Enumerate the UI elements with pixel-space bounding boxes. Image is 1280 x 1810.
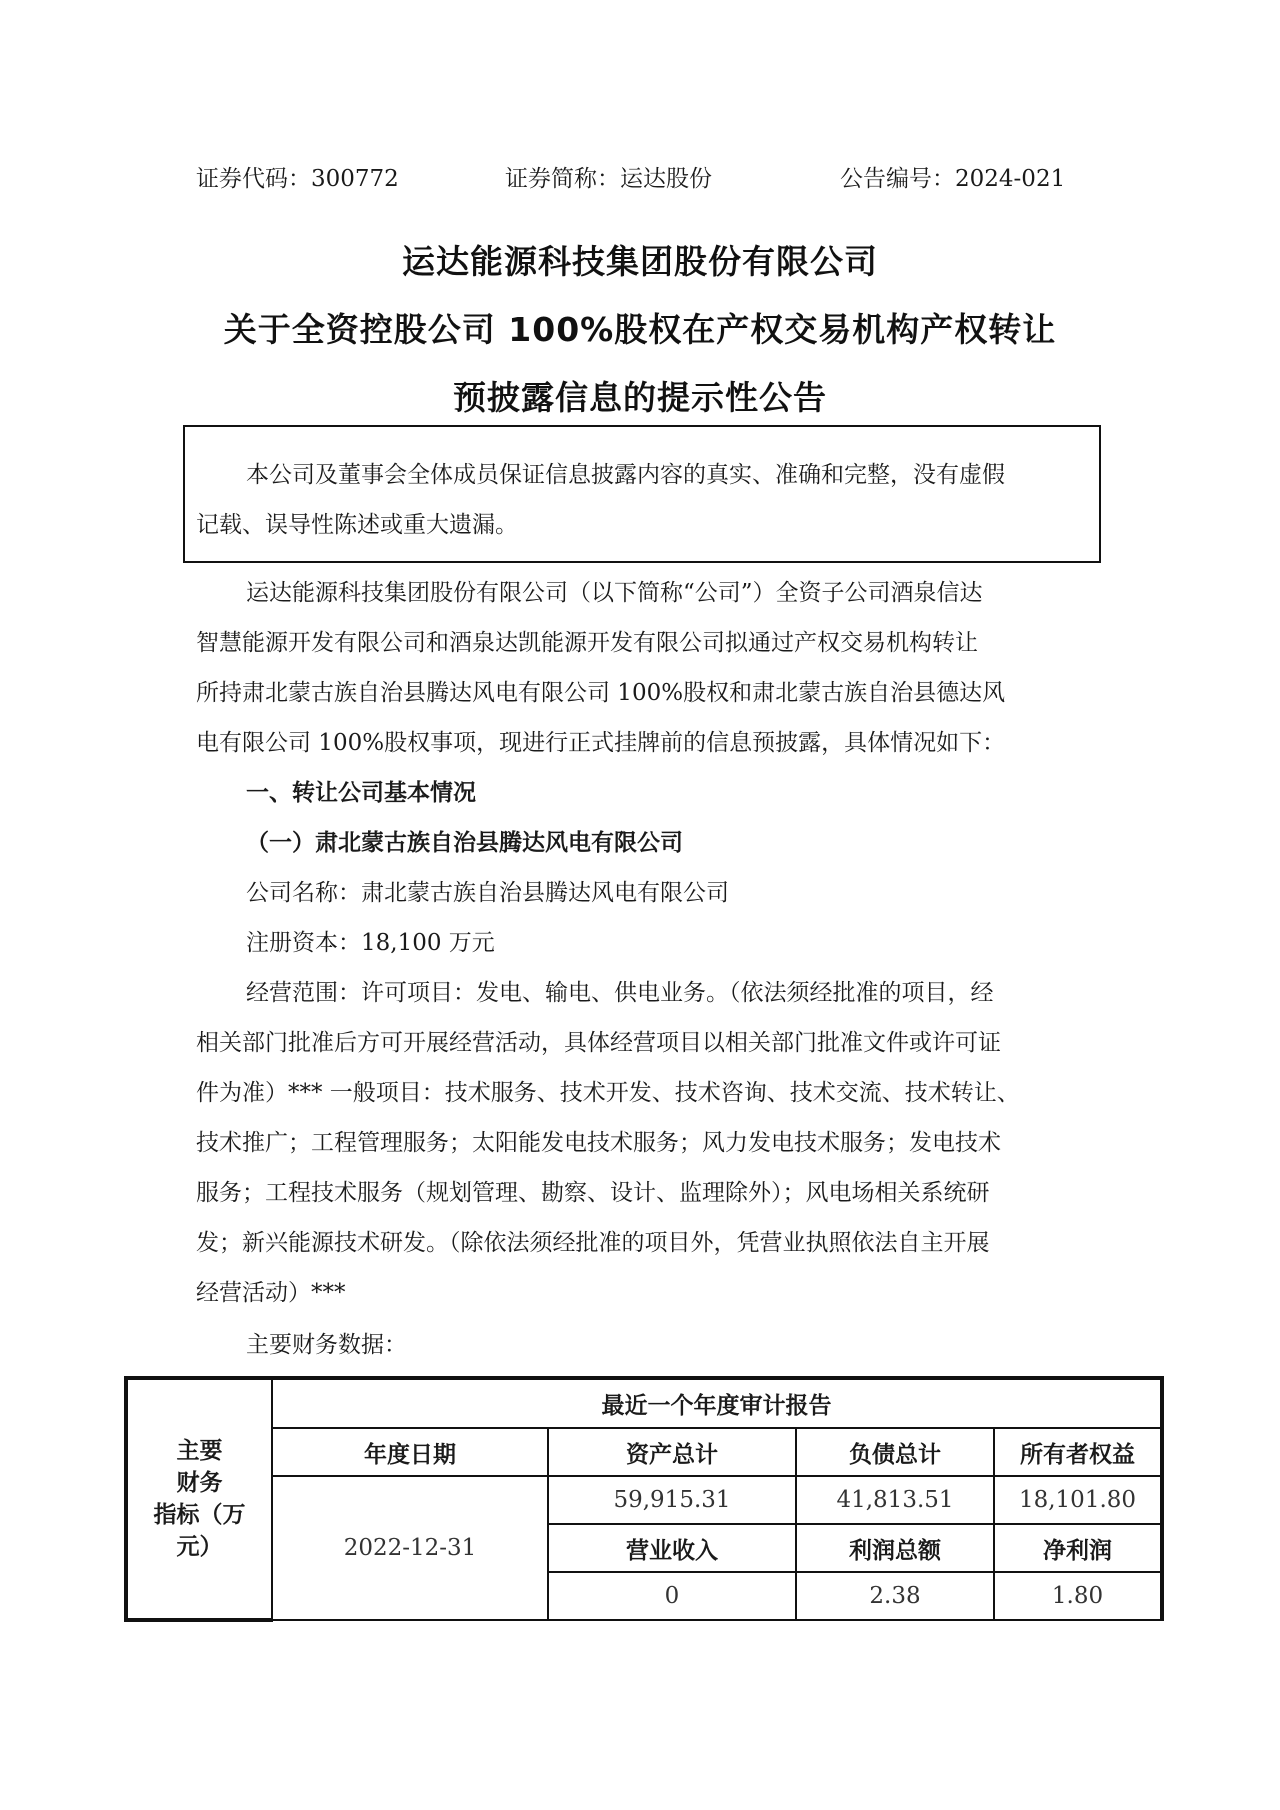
total-profit-value: 2.38 — [796, 1572, 994, 1620]
stock-code: 证券代码：300772 — [196, 160, 399, 193]
announcement-header: 证券代码：300772 证券简称：运达股份 公告编号：2024-021 — [0, 160, 1280, 200]
title-notice: 预披露信息的提示性公告 — [0, 372, 1280, 419]
row-header-line: 指标（万 — [128, 1499, 271, 1531]
stock-abbreviation: 证券简称：运达股份 — [505, 160, 712, 193]
date-cell: 2022-12-31 — [272, 1476, 548, 1620]
intro-text-3: 所持肃北蒙古族自治县腾达风电有限公司 100%股权和肃北蒙古族自治县德达风 — [196, 678, 1005, 708]
row-header-line: 财务 — [128, 1467, 271, 1499]
business-scope-text: 经营范围：许可项目：发电、输电、供电业务。（依法须经批准的项目，经 — [246, 978, 994, 1008]
business-scope-text: 发；新兴能源技术研发。（除依法须经批准的项目外，凭营业执照依法自主开展 — [196, 1228, 990, 1258]
total-liabilities-value: 41,813.51 — [796, 1476, 994, 1524]
col-header-total-liabilities: 负债总计 — [796, 1428, 994, 1476]
row-header-line: 元） — [128, 1531, 271, 1563]
business-scope-text: 服务；工程技术服务（规划管理、勘察、设计、监理除外）；风电场相关系统研 — [196, 1178, 990, 1208]
col-header-date: 年度日期 — [272, 1428, 548, 1476]
net-profit-value: 1.80 — [994, 1572, 1162, 1620]
disclaimer-text-1: 本公司及董事会全体成员保证信息披露内容的真实、准确和完整，没有虚假 — [246, 460, 1005, 490]
announcement-number: 公告编号：2024-021 — [840, 160, 1065, 193]
intro-text-2: 智慧能源开发有限公司和酒泉达凯能源开发有限公司拟通过产权交易机构转让 — [196, 628, 978, 658]
title-subject: 关于全资控股公司 100%股权在产权交易机构产权转让 — [0, 304, 1280, 351]
business-scope-text: 相关部门批准后方可开展经营活动，具体经营项目以相关部门批准文件或许可证 — [196, 1028, 1001, 1058]
financial-table: 主要 财务 指标（万 元） 最近一个年度审计报告 年度日期 资产总计 负债总计 … — [124, 1376, 1164, 1622]
intro-text-4: 电有限公司 100%股权事项，现进行正式挂牌前的信息预披露，具体情况如下： — [196, 728, 1005, 758]
total-assets-value: 59,915.31 — [548, 1476, 796, 1524]
business-scope-text: 技术推广；工程管理服务；太阳能发电技术服务；风力发电技术服务；发电技术 — [196, 1128, 1001, 1158]
title-company: 运达能源科技集团股份有限公司 — [0, 236, 1280, 283]
section-1-heading: 一、转让公司基本情况 — [246, 778, 476, 808]
col-header-revenue: 营业收入 — [548, 1524, 796, 1572]
business-scope-text: 件为准）*** 一般项目：技术服务、技术开发、技术咨询、技术交流、技术转让、 — [196, 1078, 1020, 1108]
disclaimer-box — [183, 425, 1101, 563]
col-header-owners-equity: 所有者权益 — [994, 1428, 1162, 1476]
group-header-cell: 最近一个年度审计报告 — [272, 1378, 1162, 1428]
col-header-total-assets: 资产总计 — [548, 1428, 796, 1476]
registered-capital: 注册资本：18,100 万元 — [246, 928, 495, 958]
subsection-1-heading: （一）肃北蒙古族自治县腾达风电有限公司 — [246, 828, 683, 858]
row-header-cell: 主要 财务 指标（万 元） — [126, 1378, 272, 1620]
disclaimer-text-2: 记载、误导性陈述或重大遗漏。 — [196, 510, 518, 540]
company-name: 公司名称：肃北蒙古族自治县腾达风电有限公司 — [246, 878, 729, 908]
revenue-value: 0 — [548, 1572, 796, 1620]
col-header-total-profit: 利润总额 — [796, 1524, 994, 1572]
col-header-net-profit: 净利润 — [994, 1524, 1162, 1572]
owners-equity-value: 18,101.80 — [994, 1476, 1162, 1524]
business-scope-text: 经营活动）*** — [196, 1278, 346, 1308]
financial-data-label: 主要财务数据： — [246, 1330, 407, 1360]
row-header-line: 主要 — [128, 1435, 271, 1467]
intro-text-1: 运达能源科技集团股份有限公司（以下简称“公司”）全资子公司酒泉信达 — [246, 578, 983, 608]
